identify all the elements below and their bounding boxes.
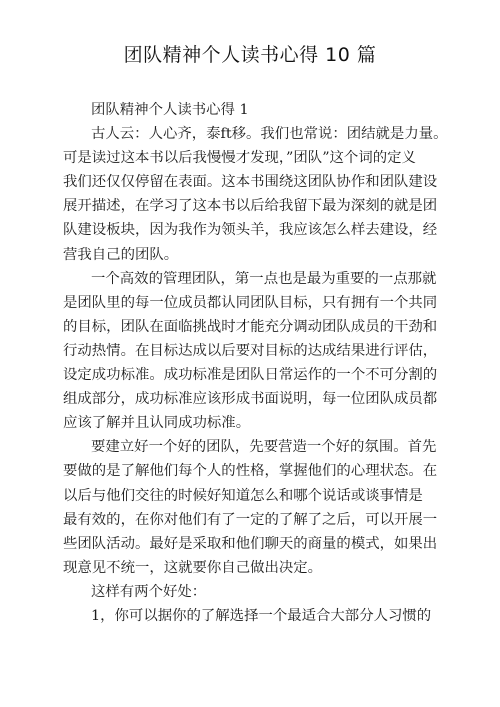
- paragraph-line: 营我自己的团队。: [63, 243, 435, 267]
- page-title: 团队精神个人读书心得 10 篇: [0, 42, 500, 68]
- paragraph-line: 应该了解并且认同成功标准。: [63, 411, 435, 435]
- paragraph-line: 的目标，团队在面临挑战时才能充分调动团队成员的干劲和: [63, 315, 435, 339]
- paragraph-line: 我们还仅仅停留在表面。这本书围绕这团队协作和团队建设: [63, 170, 435, 194]
- paragraph-line: 展开描述，在学习了这本书以后给我留下最为深刻的就是团: [63, 194, 435, 218]
- section-heading: 团队精神个人读书心得 1: [63, 98, 435, 122]
- paragraph-line: 组成部分，成功标准应该形成书面说明，每一位团队成员都: [63, 387, 435, 411]
- paragraph-line: 可是读过这本书以后我慢慢才发现，”团队”这个词的定义: [63, 146, 435, 170]
- paragraph-line: 要建立好一个好的团队，先要营造一个好的氛围。首先: [63, 435, 435, 459]
- paragraph-line: 现意见不统一，这就要你自己做出决定。: [63, 556, 435, 580]
- paragraph-line: 设定成功标准。成功标准是团队日常运作的一个不可分割的: [63, 363, 435, 387]
- paragraph-line: 以后与他们交往的时候好知道怎么和哪个说话或谈事情是: [63, 484, 435, 508]
- paragraph-line: 最有效的，在你对他们有了一定的了解了之后，可以开展一: [63, 508, 435, 532]
- paragraph-line: 这样有两个好处：: [63, 580, 435, 604]
- document-body: 团队精神个人读书心得 1 古人云：人心齐，泰ft移。我们也常说：团结就是力量。 …: [63, 98, 435, 628]
- paragraph-line: 是团队里的每一位成员都认同团队目标，只有拥有一个共同: [63, 291, 435, 315]
- paragraph-line: 些团队活动。最好是采取和他们聊天的商量的模式，如果出: [63, 532, 435, 556]
- paragraph-line: 要做的是了解他们每个人的性格，掌握他们的心理状态。在: [63, 459, 435, 483]
- paragraph-line: 行动热情。在目标达成以后要对目标的达成结果进行评估，: [63, 339, 435, 363]
- list-item: 1，你可以据你的了解选择一个最适合大部分人习惯的: [63, 604, 435, 628]
- paragraph-line: 队建设板块，因为我作为领头羊，我应该怎么样去建设，经: [63, 218, 435, 242]
- paragraph-line: 古人云：人心齐，泰ft移。我们也常说：团结就是力量。: [63, 122, 435, 146]
- paragraph-line: 一个高效的管理团队，第一点也是最为重要的一点那就: [63, 267, 435, 291]
